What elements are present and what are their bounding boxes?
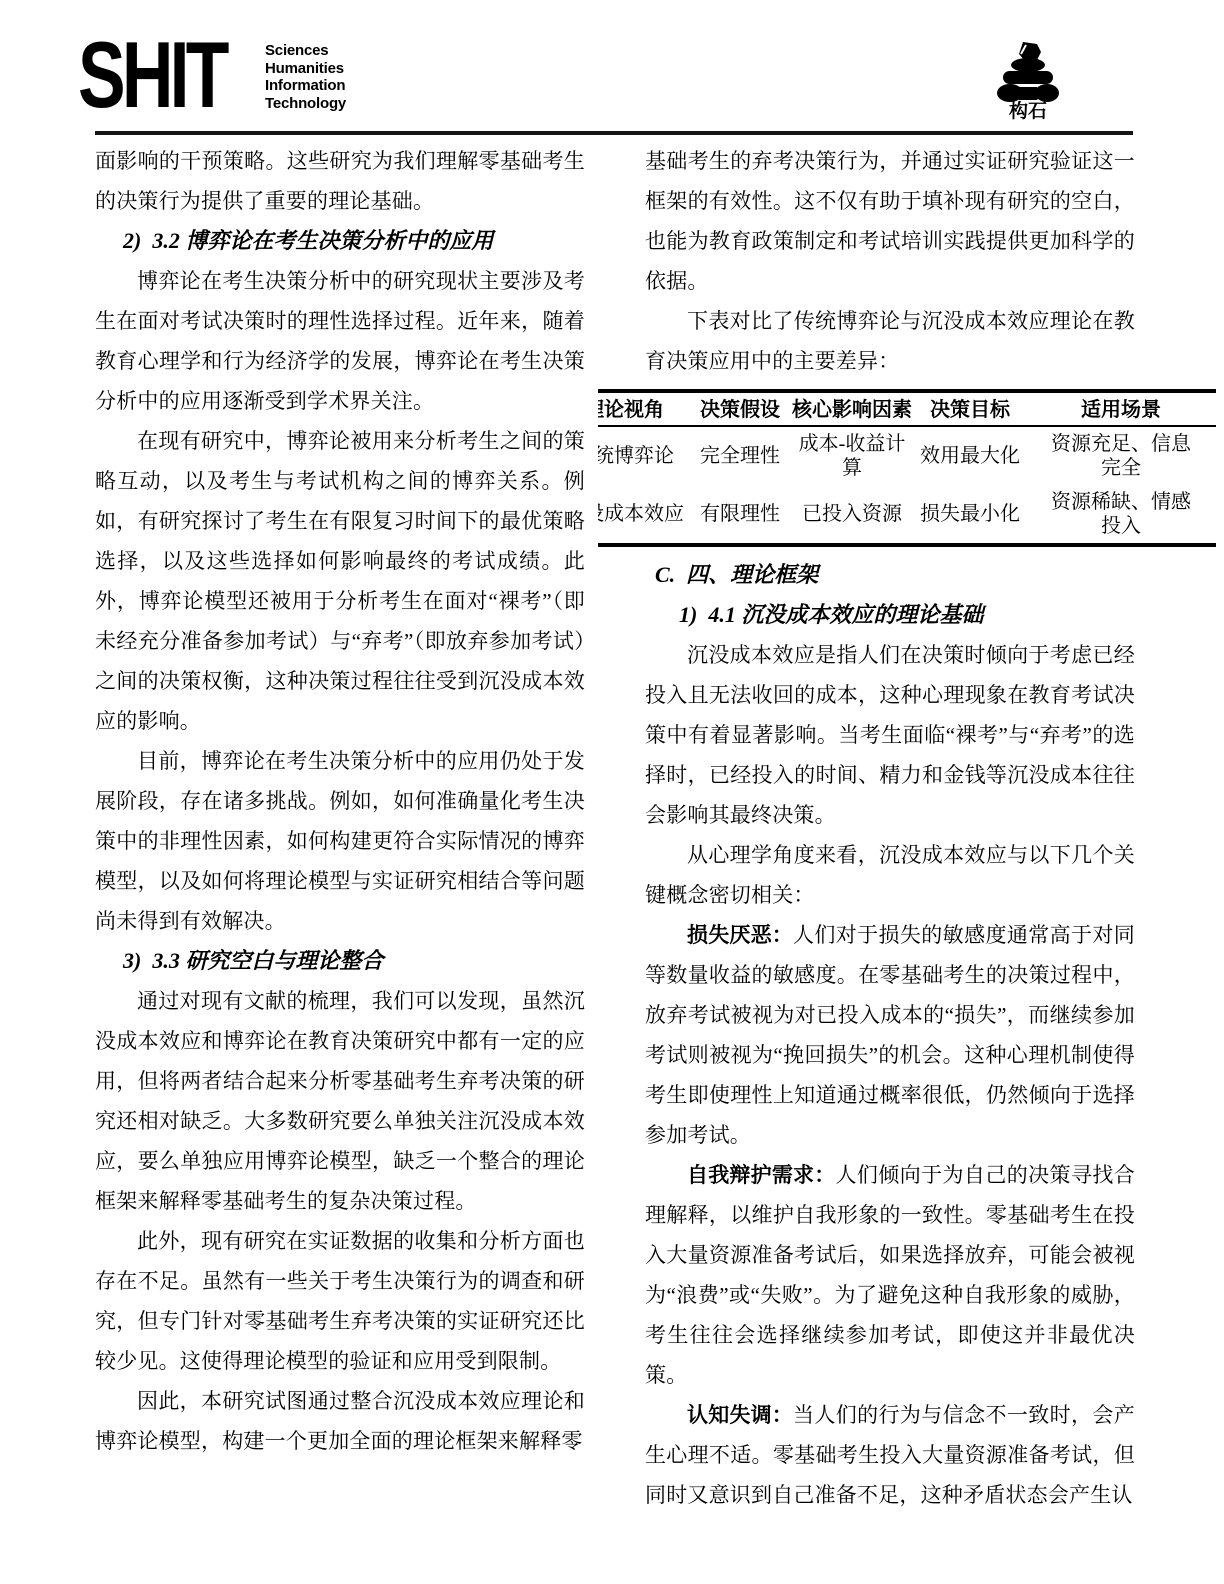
cell: 沉没成本效应 — [598, 485, 690, 545]
paragraph-cognitive-dissonance: 认知失调：当人们的行为与信念不一致时，会产生心理不适。零基础考生投入大量资源准备… — [645, 1395, 1135, 1515]
journal-logo-text: SHIT — [78, 32, 226, 118]
cell: 损失最小化 — [914, 485, 1026, 545]
journal-sub-line: Technology — [265, 95, 346, 113]
rock-pile-icon — [985, 40, 1071, 102]
paragraph: 在现有研究中，博弈论被用来分析考生之间的策略互动，以及考生与考试机构之间的博弈关… — [95, 421, 585, 741]
section-heading-3-2: 2) 3.2 博弈论在考生决策分析中的应用 — [95, 221, 585, 261]
theory-comparison-table: 理论视角 决策假设 核心影响因素 决策目标 适用场景 传统博弈论 完全理性 成本… — [598, 389, 1216, 547]
col-header-decision-goal: 决策目标 — [914, 391, 1026, 426]
term-text: 人们倾向于为自己的决策寻找合理解释，以维护自我形象的一致性。零基础考生在投入大量… — [645, 1163, 1135, 1387]
journal-sub-line: Humanities — [265, 60, 346, 78]
term-label: 自我辩护需求： — [687, 1163, 835, 1187]
cell: 已投入资源 — [790, 485, 914, 545]
journal-sub-line: Information — [265, 77, 346, 95]
journal-sub-line: Sciences — [265, 42, 346, 60]
paragraph: 从心理学角度来看，沉没成本效应与以下几个关键概念密切相关： — [645, 835, 1135, 915]
paragraph: 沉没成本效应是指人们在决策时倾向于考虑已经投入且无法收回的成本，这种心理现象在教… — [645, 635, 1135, 835]
page-body: 面影响的干预策略。这些研究为我们理解零基础考生的决策行为提供了重要的理论基础。 … — [95, 141, 1135, 1515]
cell: 有限理性 — [690, 485, 790, 545]
col-header-applicable-scene: 适用场景 — [1026, 391, 1216, 426]
table-header-row: 理论视角 决策假设 核心影响因素 决策目标 适用场景 — [598, 391, 1216, 426]
cell: 成本-收益计算 — [790, 426, 914, 485]
table-row: 沉没成本效应 有限理性 已投入资源 损失最小化 资源稀缺、情感投入 — [598, 485, 1216, 545]
section-heading-4-1: 1) 4.1 沉没成本效应的理论基础 — [645, 595, 1135, 635]
header-divider-rule — [95, 131, 1133, 135]
document-page: SHIT Sciences Humanities Information Tec… — [0, 0, 1224, 1584]
cell: 效用最大化 — [914, 426, 1026, 485]
cell: 资源稀缺、情感投入 — [1026, 485, 1216, 545]
col-header-core-factor: 核心影响因素 — [790, 391, 914, 426]
table-row: 传统博弈论 完全理性 成本-收益计算 效用最大化 资源充足、信息完全 — [598, 426, 1216, 485]
term-text: 人们对于损失的敏感度通常高于对同等数量收益的敏感度。在零基础考生的决策过程中，放… — [645, 923, 1135, 1147]
col-header-decision-assumption: 决策假设 — [690, 391, 790, 426]
term-label: 损失厌恶： — [687, 923, 793, 947]
paragraph: 此外，现有研究在实证数据的收集和分析方面也存在不足。虽然有一些关于考生决策行为的… — [95, 1221, 585, 1381]
publisher-stamp: 构石 — [985, 40, 1071, 122]
section-heading-3-3: 3) 3.3 研究空白与理论整合 — [95, 941, 585, 981]
paragraph: 目前，博弈论在考生决策分析中的应用仍处于发展阶段，存在诸多挑战。例如，如何准确量… — [95, 741, 585, 941]
paragraph: 通过对现有文献的梳理，我们可以发现，虽然沉没成本效应和博弈论在教育决策研究中都有… — [95, 981, 585, 1221]
left-column: 面影响的干预策略。这些研究为我们理解零基础考生的决策行为提供了重要的理论基础。 … — [95, 141, 585, 1515]
paragraph: 博弈论在考生决策分析中的研究现状主要涉及考生在面对考试决策时的理性选择过程。近年… — [95, 261, 585, 421]
paragraph-self-justification: 自我辩护需求：人们倾向于为自己的决策寻找合理解释，以维护自我形象的一致性。零基础… — [645, 1155, 1135, 1395]
cell: 资源充足、信息完全 — [1026, 426, 1216, 485]
cell: 完全理性 — [690, 426, 790, 485]
paragraph-loss-aversion: 损失厌恶：人们对于损失的敏感度通常高于对同等数量收益的敏感度。在零基础考生的决策… — [645, 915, 1135, 1155]
term-label: 认知失调： — [687, 1403, 793, 1427]
col-header-theory-view: 理论视角 — [598, 391, 690, 426]
comparison-table-clip: 理论视角 决策假设 核心影响因素 决策目标 适用场景 传统博弈论 完全理性 成本… — [598, 389, 1216, 547]
section-heading-c: C. 四、理论框架 — [645, 555, 1135, 595]
publisher-stamp-label: 构石 — [985, 102, 1071, 122]
journal-logo-subtitle: Sciences Humanities Information Technolo… — [265, 42, 346, 112]
paragraph: 基础考生的弃考决策行为，并通过实证研究验证这一框架的有效性。这不仅有助于填补现有… — [645, 141, 1135, 301]
cell: 传统博弈论 — [598, 426, 690, 485]
paragraph: 因此，本研究试图通过整合沉没成本效应理论和博弈论模型，构建一个更加全面的理论框架… — [95, 1381, 585, 1461]
paragraph: 面影响的干预策略。这些研究为我们理解零基础考生的决策行为提供了重要的理论基础。 — [95, 141, 585, 221]
paragraph: 下表对比了传统博弈论与沉没成本效应理论在教育决策应用中的主要差异： — [645, 301, 1135, 381]
right-column: 基础考生的弃考决策行为，并通过实证研究验证这一框架的有效性。这不仅有助于填补现有… — [645, 141, 1135, 1515]
